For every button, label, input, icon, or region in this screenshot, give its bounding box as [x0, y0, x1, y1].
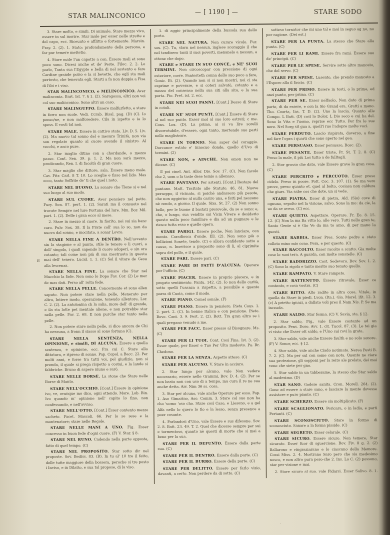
dictionary-entry: 4. Parlandosi d'Uno, vale Essere e sus d… [157, 419, 260, 441]
dictionary-entry: 3. Stare molto, e simili. Di animale, St… [42, 29, 145, 56]
entry-headword: STARE NELLA FINE. [49, 270, 97, 274]
dictionary-entry: STARE MALE. Essere in cattivo stato. Liv… [43, 129, 146, 151]
entry-definition: 1. di aggio principalmente della bussola… [154, 28, 257, 38]
dictionary-entry: E poi cinel. Ant. Allor. Dio. Sov. 17. (… [155, 169, 258, 180]
entry-headword: STARE MALINGUFFO. [48, 107, 96, 111]
dictionary-entry: 5. Star saldo in un tabberame, la stesso… [269, 370, 377, 381]
entry-definition: Essere della parte. (C) [214, 460, 255, 464]
entry-headword: STARE PER ALCUNO. [162, 363, 209, 367]
dictionary-entry: 1. di aggio principalmente della bussola… [154, 28, 257, 39]
dictionary-entry: STARE NE' SUOI PUNTI. [Cont.] Essere di … [155, 112, 258, 139]
column-3: sotteso tornator che mi uno tal e mai in… [266, 27, 378, 473]
entry-definition: 4. Stare male l'un capotto a con. Essere… [42, 57, 145, 88]
entry-headword: STARE IN TORNIO. [160, 140, 206, 144]
dictionary-entry: 2. Star saldo, Fig., vale Essere costant… [269, 319, 377, 336]
dictionary-entry: STARE PER ALCUNO. V. Stare in acciuro. [157, 362, 260, 368]
dictionary-entry: STARE PER DELITTO. Essere per farlo vizi… [158, 466, 261, 477]
entry-headword: STARE PESANTE. [272, 150, 311, 154]
entry-headword: STARE NEL BUONO. [48, 186, 93, 190]
dictionary-entry: STAR MALINCONICO, e MELINCONICO. Aver ma… [43, 89, 146, 106]
entry-headword: STARE NEL PROPOSITO. [51, 450, 109, 455]
entry-definition: 3. Stare molto, e simili. Di animale, St… [42, 29, 145, 55]
entry-definition: Concernente et sono allen saputo. Non po… [44, 286, 147, 322]
entry-headword: STARE SICURO. [275, 437, 311, 441]
entry-headword: STAR SANO. [274, 383, 302, 387]
dictionary-entry: 2. Star lungo per alcuno, vale Non veder… [157, 369, 260, 391]
dictionary-entry: STARE PER SPESE. Lusento, che prendo man… [266, 75, 374, 86]
entry-headword: STARE PER SPESE. [271, 75, 314, 79]
entry-definition: 2. Star lungo per alcuno, vale Non veder… [157, 369, 260, 390]
entry-headword: STARE PER PRIMO. [272, 87, 316, 91]
dictionary-entry: STARE RAMPATO. V. Stare rampato. [268, 271, 376, 277]
entry-headword: STARE PERDUTO. [272, 132, 312, 136]
dictionary-entry: STARE PESANTE. Esser triste, Pr. St. T. … [267, 150, 375, 161]
running-head-right: STARE SODO [314, 8, 362, 16]
dictionary-entry: 2. Stare sicuro al suo, vale Fidarsi. Es… [270, 469, 378, 473]
entry-definition: Per astenti. [Cont.] Restare del pantano… [155, 181, 258, 228]
entry-headword: STARE PER IL DENTRO. [163, 453, 216, 457]
entry-headword: STARE PER LA SENZA. [162, 356, 212, 360]
entry-headword: STARE PER IL BURRO. [163, 460, 213, 464]
entry-headword: STARE PIACER. [161, 276, 197, 280]
entry-headword: STARE RITTO. [273, 290, 305, 294]
entry-headword: STARE PIATRA. [272, 197, 307, 201]
entry-headword: STARE NELLE BORSE. [50, 375, 100, 379]
dictionary-entry: STARE NEI SUOI PANNI. [Cont.] Desso di S… [155, 100, 258, 111]
dictionary-entry: STARE QUIETO. Aspettare. Operare. Fr. Eo… [268, 213, 376, 235]
entry-definition: 2. Stor grosso che dato, vale Essere gra… [267, 162, 375, 172]
entry-definition: 4. Parlandosi d'Uno, vale Essere e sus d… [157, 419, 260, 440]
dictionary-entry: STARE PARI. Essere pari. (C) [156, 256, 259, 262]
dictionary-entry: STARE RABBIA. Esser Pres. Sonte padre e … [268, 235, 376, 246]
entry-headword: STARE SALDO. [273, 313, 305, 317]
entry-definition: Star ferma. (C) V. Savia, sta. § 12. [307, 312, 368, 317]
entry-headword: STARE RADDRIZZO. [273, 260, 318, 264]
dictionary-entry: STARE PER LA PUNTA. La stesso che Stare … [266, 39, 374, 50]
dictionary-entry: STARE PERCRITO e PERCUOTO. Esser preso c… [267, 174, 375, 196]
entry-definition: Aspetto atteso. (C) [213, 356, 247, 360]
dictionary-entry: STARE PARIGI. Essere poche, Non lanciare… [156, 229, 259, 256]
entry-headword: STARE RAMPATO. [273, 272, 312, 276]
dictionary-entry: STARE PERDUTO. Lascio rispirata, doverso… [267, 131, 375, 142]
entry-headword: STARE NE' SUOI PUNTI. [160, 113, 215, 117]
entry-definition: 2. Non potere stare nella pelle, si dice… [45, 324, 148, 334]
dictionary-entry: STARE IN TORNIO. Non saper del coraggio.… [155, 140, 258, 157]
entry-definition: 2. Star maglio ditino con a chordande, o… [43, 151, 146, 166]
dictionary-entry: 2. Stare in mezzo al cuore. In fiorito, … [44, 220, 147, 237]
entry-headword: STARE PER LE SPESE. [271, 63, 321, 67]
dictionary-entry: STARE SICURO. Essere sicuro. Non temere,… [270, 436, 378, 468]
entry-definition: La stessa che Stare Gio. [204, 478, 248, 479]
page-header: STAR MALINCONICO — [ 1190 ] — STARE SODO [40, 8, 370, 22]
dictionary-entry: 3. Stor saldo, vale anche Essere faulth … [269, 336, 377, 347]
dictionary-entry: STARE NEL RUNO. Cadendo nella parte oppo… [46, 437, 149, 448]
entry-headword: STARE MALE. [48, 129, 78, 133]
dictionary-entry: 4. Stare male l'un capotto a con. Essere… [42, 57, 145, 89]
entry-definition: Essere pari. (C) [190, 257, 219, 261]
column-1: 3. Stare molto, e simili. Di animale, St… [42, 29, 149, 500]
dictionary-entry: 2. Non potere stare nella pelle, si dice… [45, 324, 148, 335]
entry-definition: V. Stare in acciuro. [210, 362, 245, 366]
dictionary-entry: STARE SUL CUORE. Aver pensiero nel petto… [43, 197, 146, 219]
running-head-left: STAR MALINCONICO [68, 12, 146, 20]
dictionary-entry: STARE SCAGLIONATO. Pericara, o in ladia,… [269, 406, 377, 417]
entry-headword: STARE PER IL DEFUNTO. [163, 441, 223, 446]
dictionary-entry: STARE MALINGUFFO. Essere malfurfetto, e … [43, 106, 146, 128]
dictionary-entry: STARE PER FACC. Esser presso al Bisognar… [157, 326, 260, 337]
dictionary-entry: 3. Star maglio che dittore, sala. Essere… [43, 168, 146, 185]
dictionary-entry: STARE PER LI RAMI. Essere fra rami. Esse… [266, 51, 374, 62]
dictionary-entry: STARE RADDRIZZO. Cost. Sedevoro. Bov. So… [268, 259, 376, 270]
dictionary-entry: STARE RATTENUTO. Essere ritrovale, Esser… [268, 278, 376, 289]
dictionary-entry: STARE PER IL BURRO. Essere della parte. … [158, 460, 261, 466]
dictionary-entry: STARE PIANO. Essere in pensiero. Pieta C… [156, 304, 259, 326]
dictionary-entry: STARE PIACER. Essere in proprio piacere,… [156, 275, 259, 297]
dictionary-entry: STARE NEL PROPOSITO. Star sotto dir nel … [46, 449, 149, 471]
book-spine-shadow [382, 0, 390, 535]
dictionary-entry: sotteso tornator che mi uno tal e mai in… [266, 27, 374, 38]
entry-headword: STAR MALINCONICO, e MELINCONICO. [48, 89, 136, 94]
entry-definition: Essere sia moltiplicato. (F) [314, 399, 363, 403]
dictionary-entry: STARE PER MAIO. La stessa che Stare Gio. [158, 478, 261, 479]
entry-definition: sotteso tornator che mi uno tal e mai in… [266, 27, 374, 37]
entry-headword: STARE NON, e AINCHE. [160, 157, 218, 162]
entry-definition: Esser persuaso, Bosc. (2). [315, 143, 362, 147]
dictionary-entry: STARE SEGRETO. Esser celarale. (C) [270, 430, 378, 436]
entry-definition: Esser celarale. (C) [314, 430, 348, 434]
dictionary-entry: STARE PER IL DEFUNTO. Essere dalla parte… [158, 441, 261, 452]
dictionary-entry: 3. Star per alcuno, vale anche Operare p… [157, 391, 260, 418]
entry-definition: 4. Stor saldo, vale anche Ciado notimato… [269, 348, 377, 369]
dictionary-entry: 4. Stor saldo, vale anche Ciado notimato… [269, 348, 377, 370]
entry-definition: Essere dalla parte. (C) [217, 453, 258, 457]
entry-headword: STARE PANTANO. [160, 181, 199, 185]
entry-headword: STARE NELLA PELLE. [49, 287, 97, 291]
entry-definition: Comel sonale. (F) [194, 298, 226, 302]
dictionary-entry: STARE PARE DI FATTI D'ALCUNA. Operare pe… [156, 263, 259, 274]
entry-definition: 2. Stare in mezzo al cuore. In fiorito, … [44, 220, 147, 235]
entry-headword: STARE NELLE MANI A UNO. [50, 426, 123, 431]
dictionary-entry: STARE NELLE BORSE. La stone che Stare ne… [45, 374, 148, 385]
entry-headword: STARE NELL'OTTO. [50, 409, 93, 413]
dictionary-entry: STARE NEL NATURA. Non curare vicolo. Fur… [154, 40, 257, 62]
dictionary-entry: STARE PER SE. Esser nelfaolo, Non dato d… [267, 99, 375, 131]
entry-headword: STARE NELLA FINE A DENTRO. [49, 237, 122, 242]
entry-headword: STARE SUL CUORE. [48, 198, 95, 202]
dictionary-entry: STARE PERSUASO. Esser persuaso, Bosc. (2… [267, 143, 375, 149]
dictionary-entry: STARE e STARE IN SUO CONCE, e NE' SUOI T… [154, 62, 257, 99]
entry-headword: STARE NEL RUNO. [51, 438, 93, 442]
entry-headword: STARE PER LI TUOI. [162, 339, 209, 343]
dictionary-entry: STARE PER LA SENZA. Aspetto atteso. (C) [157, 355, 260, 361]
entry-headword: STARE PARIGI. [161, 229, 195, 233]
entry-definition: 2. Star saldo, Fig., vale Essere costant… [269, 319, 377, 334]
entry-headword: STARE PER LI RAMI. [271, 51, 319, 55]
dictionary-entry: STAR SANO. Godere sanita. Cron. Morell. … [269, 382, 377, 399]
entry-headword: STARE RACCOLTO. [273, 248, 315, 252]
dictionary-entry: STARE RITTO. Alto radite in altra cosa. … [268, 290, 376, 312]
dictionary-entry: STARE NON, e AINCHE. Non omon non ne dic… [155, 157, 258, 168]
dictionary-entry: STARE NELL'OCCHIO. [Cont.] Essere in opi… [45, 386, 148, 408]
entry-definition: 2. Stare sicuro al suo, vale Fidarsi. Es… [270, 469, 378, 473]
entry-headword: STARE PER LA PUNTA. [271, 39, 325, 43]
dictionary-entry: STARE PIANO. Comel sonale. (F) [156, 297, 259, 303]
entry-headword: STARE SEGRETO. [275, 430, 314, 434]
dictionary-entry: STARE NELLE MANI A UNO. Fig. Esser conce… [45, 426, 148, 437]
entry-definition: 5. Star saldo in un tabberame, la stesso… [269, 370, 377, 380]
entry-headword: STARE PER DELITTO. [163, 467, 214, 471]
dictionary-entry: STARE PANTANO. Per astenti. [Cont.] Rest… [155, 181, 258, 229]
entry-headword: STARE SCHERZO. [274, 400, 313, 404]
entry-definition: 3. Stor saldo, vale anche Essere faulth … [269, 336, 377, 346]
entry-definition: 3. Star maglio che dittore, sala. Essere… [43, 168, 146, 183]
column-2: 1. di aggio principalmente della bussola… [154, 28, 261, 479]
entry-headword: STARE PER FACC. [162, 327, 202, 331]
margin-mark: E [37, 258, 40, 263]
dictionary-entry: STARE SCONOSCIUTO. Stare in forma di sco… [269, 418, 377, 429]
entry-headword: STARE RATTENUTO. [273, 278, 320, 282]
header-rule [40, 22, 378, 27]
dictionary-entry: STARE PIATRA. Esser di pietra, Ald. (Sio… [267, 196, 375, 213]
scanned-dictionary-page: STAR MALINCONICO — [ 1190 ] — STARE SODO… [0, 0, 390, 535]
entry-headword: STARE NELL'OCCHIO. [50, 387, 99, 391]
entry-definition: 3. Star per alcuno, vale anche Operare p… [157, 391, 260, 417]
entry-headword: STARE NEI SUOI PANNI. [160, 101, 215, 105]
entry-headword: STARE SCAGLIONATO. [274, 406, 324, 410]
dictionary-entry: 2. Stor grosso che dato, vale Essere gra… [267, 162, 375, 173]
footer-mark: . [280, 520, 281, 525]
entry-definition: V. Stare rampato. [314, 271, 346, 275]
dictionary-entry: STARE NELLA PELLE. Concernente et sono a… [44, 286, 147, 323]
dictionary-entry: STARE NELLA SENTENZA, NELLA OPINIONE, e … [45, 336, 148, 373]
entry-headword: STARE PARI. [161, 257, 189, 261]
entry-headword: STARE NEL NATURA. [159, 40, 208, 44]
entry-headword: STARE RABBIA. [273, 236, 309, 240]
page-number: — [ 1190 ] — [195, 9, 238, 16]
entry-headword: STARE PERSUASO. [272, 144, 313, 148]
dictionary-entry: STARE SALDO. Star ferma. (C) V. Savia, s… [268, 312, 376, 318]
dictionary-entry: STARE SCHERZO. Essere sia moltiplicato. … [269, 399, 377, 405]
dictionary-entry: STARE NELL'OTTO. [Cont.] Esser contento … [45, 408, 148, 425]
dictionary-entry: 2. Star maglio ditino con a chordande, o… [43, 151, 146, 168]
entry-definition: E poi cinel. Ant. Allor. Dio. Sov. 17. (… [155, 169, 258, 179]
entry-headword: STARE PERCRITO e PERCUOTO. [272, 174, 349, 179]
dictionary-entry: STARE NELLA FINE A DENTRO. Nell'avvento … [44, 237, 147, 269]
dictionary-entry: STARE PER IL DENTRO. Essere dalla parte.… [158, 453, 261, 459]
dictionary-entry: STARE PER LE SPESE. Servire sotto altro … [266, 63, 374, 74]
dictionary-entry: STARE PER LI TUOI. Cont. Cosi Fina. Ist.… [157, 338, 260, 355]
entry-headword: STARE PIANO. [161, 305, 193, 309]
dictionary-entry: STARE PER PRIMO. Essere in tosti, o la p… [267, 87, 375, 98]
entry-headword: STARE SCONOSCIUTO. [274, 418, 329, 422]
dictionary-entry: STARE NEL BUONO. La sonare che Tiene si … [43, 185, 146, 196]
dictionary-entry: STARE NELLA FINE. La sonare che Star nel… [44, 269, 147, 286]
entry-headword: STARE PIANO. [161, 298, 193, 302]
dictionary-entry: STARE RACCOLTO. Esser racolto a scatto. … [268, 247, 376, 258]
text-columns: 3. Stare molto, e simili. Di animale, St… [42, 27, 382, 520]
entry-headword: STARE PER SE. [272, 99, 307, 103]
entry-headword: STARE QUIETO. [273, 214, 309, 218]
entry-headword: STARE PARE DI FATTI D'ALCUNA. [161, 263, 241, 268]
